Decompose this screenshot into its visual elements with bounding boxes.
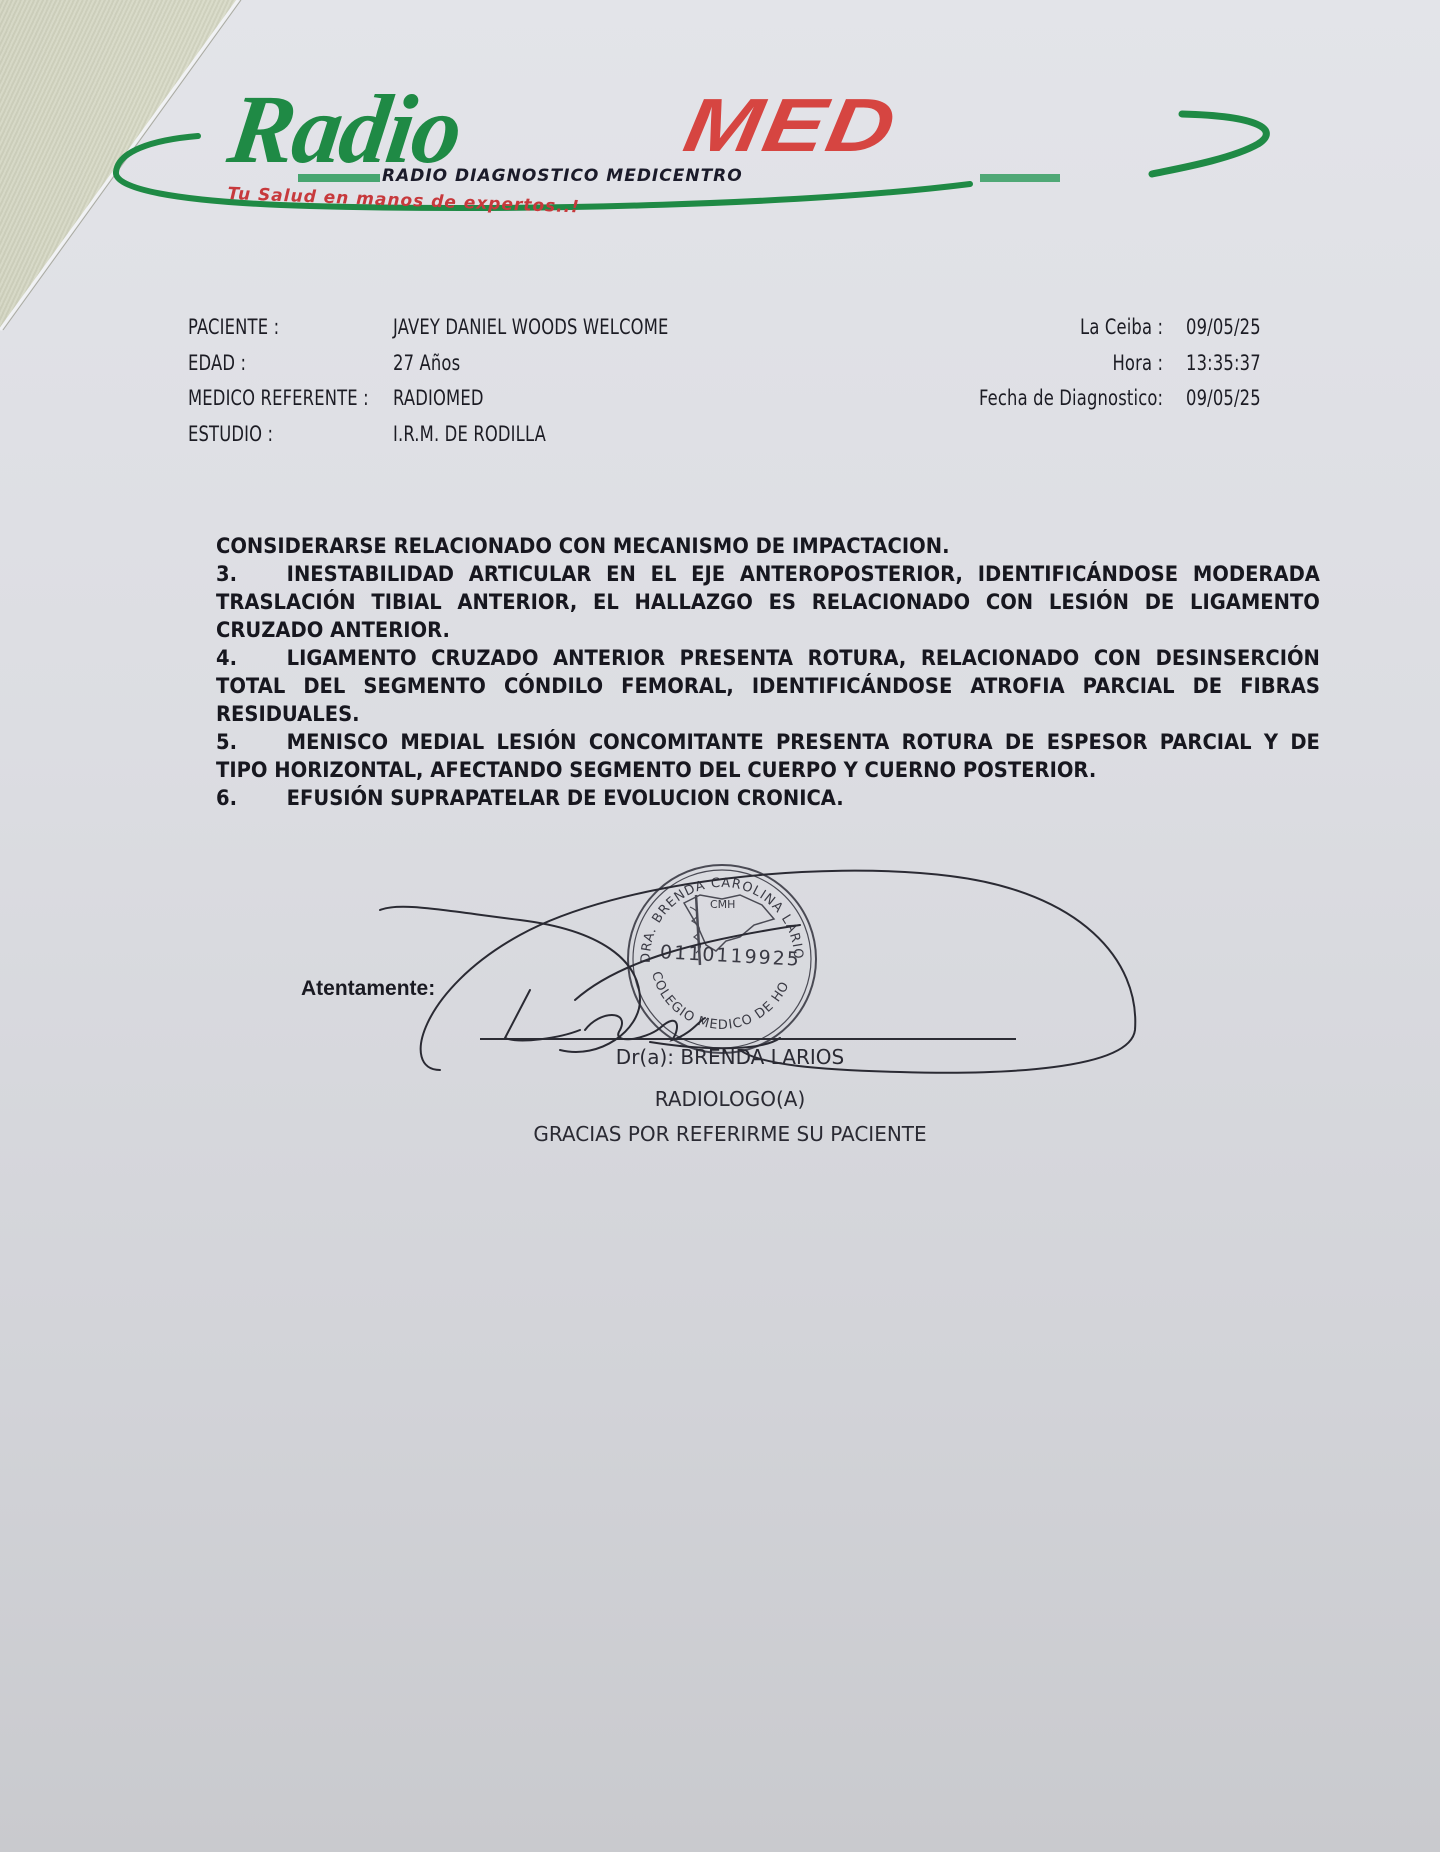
closing-text: Atentamente: [301,977,435,1001]
finding-text: INESTABILIDAD ARTICULAR EN EL EJE ANTERO… [216,562,1320,642]
finding-number: 6. [216,784,287,812]
finding-item: 6.EFUSIÓN SUPRAPATELAR DE EVOLUCION CRON… [216,784,1320,812]
report-meta-values: 09/05/25 13:35:37 09/05/25 [1186,310,1261,417]
finding-text: EFUSIÓN SUPRAPATELAR DE EVOLUCION CRONIC… [287,786,844,810]
finding-item: 4.LIGAMENTO CRUZADO ANTERIOR PRESENTA RO… [216,644,1320,728]
value-la-ceiba-date: 09/05/25 [1186,310,1261,346]
medical-seal-stamp: DRA. BRENDA CAROLINA LARIOS AGUILAR COLE… [622,855,822,1055]
value-fecha-diagnostico: 09/05/25 [1186,381,1261,417]
value-hora: 13:35:37 [1186,346,1261,382]
finding-continuation: CONSIDERARSE RELACIONADO CON MECANISMO D… [216,532,1320,560]
thanks-message: GRACIAS POR REFERIRME SU PACIENTE [0,1122,1440,1146]
value-medico-referente: RADIOMED [393,381,669,417]
finding-number: 3. [216,560,287,588]
value-estudio: I.R.M. DE RODILLA [393,417,669,453]
finding-number: 5. [216,728,287,756]
label-paciente: PACIENTE : [188,310,369,346]
label-medico-referente: MEDICO REFERENTE : [188,381,369,417]
value-edad: 27 Años [393,346,669,382]
finding-item: 3.INESTABILIDAD ARTICULAR EN EL EJE ANTE… [216,560,1320,644]
doctor-role: RADIOLOGO(A) [0,1087,1440,1111]
label-edad: EDAD : [188,346,369,382]
finding-number: 4. [216,644,287,672]
label-estudio: ESTUDIO : [188,417,369,453]
patient-info-values: JAVEY DANIEL WOODS WELCOME 27 Años RADIO… [393,310,669,452]
logo-subtitle: RADIO DIAGNOSTICO MEDICENTRO [382,166,743,186]
report-meta-labels: La Ceiba : Hora : Fecha de Diagnostico: [979,310,1163,417]
findings-section: CONSIDERARSE RELACIONADO CON MECANISMO D… [216,532,1320,812]
signature-line [480,1038,1016,1040]
radiomed-logo: Radio MED RADIO DIAGNOSTICO MEDICENTRO T… [110,80,1270,230]
patient-info-labels: PACIENTE : EDAD : MEDICO REFERENTE : EST… [188,310,369,452]
label-la-ceiba: La Ceiba : [979,310,1163,346]
logo-med-text: MED [679,88,903,163]
doctor-name: Dr(a): BRENDA LARIOS [0,1045,1440,1069]
seal-center-text: CMH [710,898,735,911]
finding-text: LIGAMENTO CRUZADO ANTERIOR PRESENTA ROTU… [216,646,1320,726]
label-hora: Hora : [979,346,1163,382]
label-fecha-diagnostico: Fecha de Diagnostico: [979,381,1163,417]
finding-text: MENISCO MEDIAL LESIÓN CONCOMITANTE PRESE… [216,730,1320,782]
value-paciente: JAVEY DANIEL WOODS WELCOME [393,310,669,346]
finding-item: 5.MENISCO MEDIAL LESIÓN CONCOMITANTE PRE… [216,728,1320,784]
